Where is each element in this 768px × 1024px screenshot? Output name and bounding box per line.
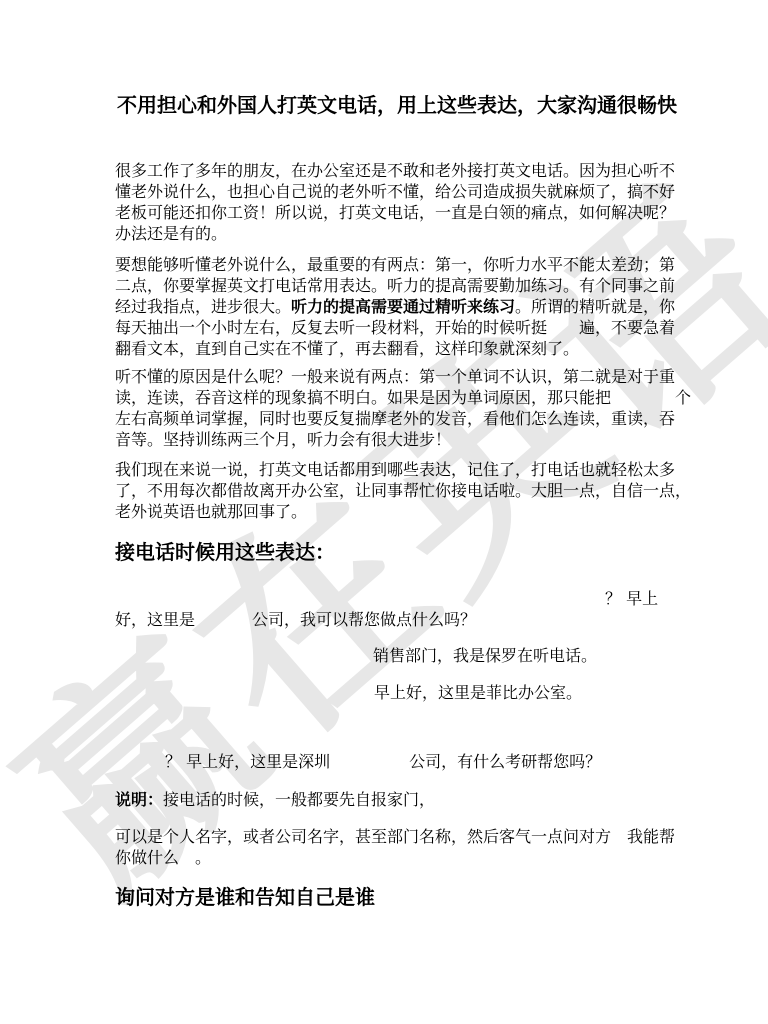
paragraph-reasons: 听不懂的原因是什么呢？一般来说有两点：第一个单词不认识，第二就是对于重 读，连读… <box>115 366 691 450</box>
paragraph-listening-tips: 要想能够听懂老外说什么，最重要的有两点：第一，你听力水平不能太差劲；第 二点，你… <box>115 254 675 359</box>
paragraph-listening-tips-bold: 听力的提高需要通过精听来练习 <box>291 297 515 316</box>
paragraph-expressions-intro: 我们现在来说一说，打英文电话都用到哪些表达，记住了，打电话也就轻松太多 了，不用… <box>115 459 691 522</box>
section-heading-answering-phone: 接电话时候用这些表达： <box>115 540 335 564</box>
note-continuation: 可以是个人名字，或者公司名字，甚至部门名称，然后客气一点问对方 我能帮 你做什么… <box>115 826 675 868</box>
note-label: 说明： <box>115 790 163 809</box>
dialog-line-shenzhen: ？ 早上好，这里是深圳公司，有什么考研帮您吗？ <box>165 751 601 772</box>
dialog-line-1-tail: ？ 早上 <box>605 588 658 609</box>
dialog-line-2: 好，这里是公司，我可以帮您做点什么吗？ <box>115 609 476 630</box>
dialog-line-2-pre: 好，这里是 <box>115 610 195 629</box>
note-text: 接电话的时候，一般都要先自报家门， <box>163 790 435 809</box>
redacted-company-name-gap <box>195 624 252 625</box>
redacted-company-name-gap-2 <box>330 766 409 767</box>
dialog-line-sales-department: 销售部门，我是保罗在听电话。 <box>373 645 597 666</box>
paragraph-intro: 很多工作了多年的朋友，在办公室还是不敢和老外接打英文电话。因为担心听不 懂老外说… <box>115 160 675 244</box>
dialog-line-shenzhen-post: 公司，有什么考研帮您吗？ <box>409 752 601 771</box>
article-title: 不用担心和外国人打英文电话，用上这些表达，大家沟通很畅快 <box>117 92 677 118</box>
document-page: 赢在英语 不用担心和外国人打英文电话，用上这些表达，大家沟通很畅快 很多工作了多… <box>0 0 768 1024</box>
note-line: 说明：接电话的时候，一般都要先自报家门， <box>115 789 435 810</box>
dialog-line-2-post: 公司，我可以帮您做点什么吗？ <box>252 610 476 629</box>
dialog-line-shenzhen-pre: ？ 早上好，这里是深圳 <box>165 752 330 771</box>
section-heading-ask-who: 询问对方是谁和告知自己是谁 <box>115 885 375 909</box>
dialog-line-phoebe-office: 早上好，这里是菲比办公室。 <box>374 682 582 703</box>
